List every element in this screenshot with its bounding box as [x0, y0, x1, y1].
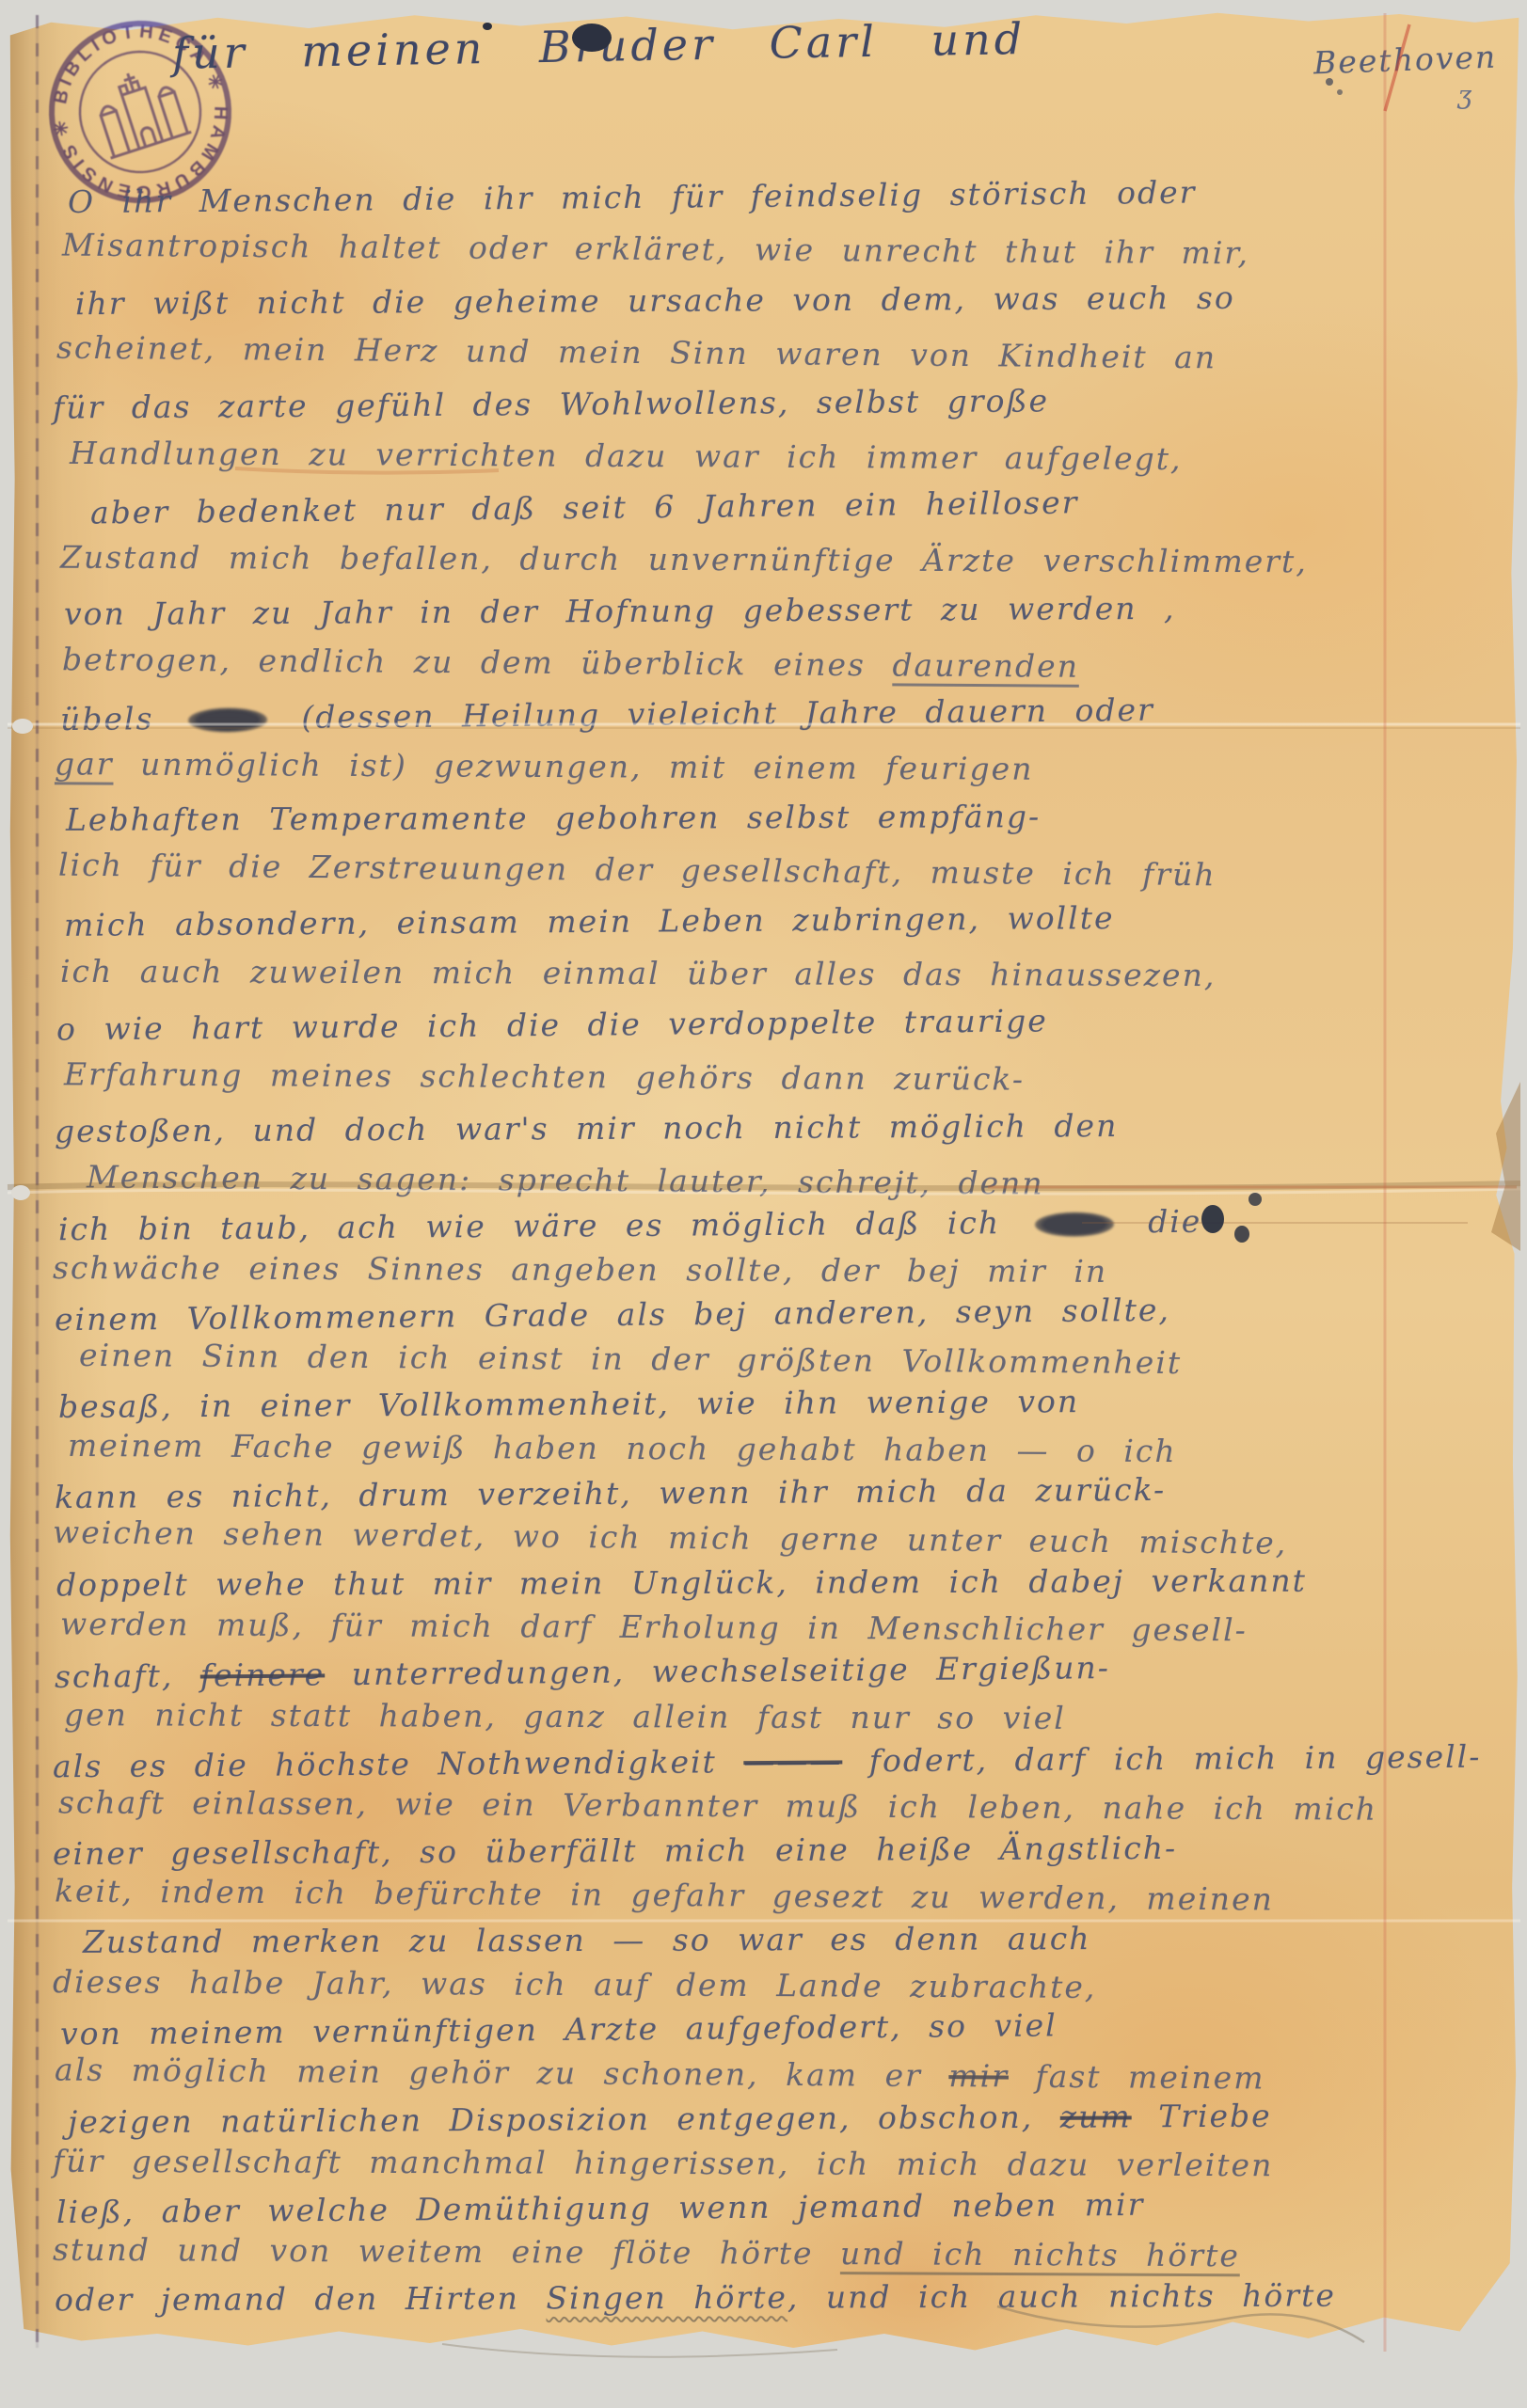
handwritten-text: weichen sehen werdet, wo ich mich gerne … — [53, 1513, 1288, 1560]
manuscript-line: gestoßen, und doch war's mir noch nicht … — [55, 1107, 1119, 1149]
handwritten-text: meinem Fache gewiß haben noch gehabt hab… — [68, 1427, 1177, 1469]
handwritten-text: werden muß, für mich darf Erholung in Me… — [60, 1606, 1248, 1649]
manuscript-line: keit, indem ich befürchte in gefahr gese… — [55, 1872, 1274, 1917]
handwritten-text: besaß, in einer Vollkommenheit, wie ihn … — [58, 1383, 1079, 1425]
handwritten-text: scheinet, mein Herz und mein Sinn waren … — [56, 329, 1217, 376]
manuscript-line: aber bedenket nur daß seit 6 Jahren ein … — [90, 484, 1079, 531]
handwritten-text: zum — [1060, 2098, 1132, 2134]
manuscript-line: werden muß, für mich darf Erholung in Me… — [60, 1606, 1248, 1649]
manuscript-line: stund und von weitem eine flöte hörte un… — [53, 2231, 1240, 2274]
handwritten-text: aber bedenket nur daß seit 6 Jahren ein … — [90, 484, 1079, 531]
handwritten-text: Misantropisch haltet oder erkläret, wie … — [62, 227, 1249, 272]
manuscript-line: Misantropisch haltet oder erkläret, wie … — [62, 227, 1249, 272]
manuscript-line: ließ, aber welche Demüthigung wenn jeman… — [56, 2186, 1145, 2230]
handwritten-text: ließ, aber welche Demüthigung wenn jeman… — [56, 2186, 1145, 2230]
handwritten-text: mir — [948, 2057, 1009, 2094]
handwritten-text: gar — [55, 745, 114, 782]
handwritten-text: Lebhaften Temperamente gebohren selbst e… — [66, 798, 1041, 838]
manuscript-line: gen nicht statt haben, ganz allein fast … — [64, 1696, 1066, 1736]
manuscript-line: von Jahr zu Jahr in der Hofnung gebesser… — [64, 590, 1176, 632]
manuscript-line: Erfahrung meines schlechten gehörs dann … — [64, 1055, 1025, 1097]
handwritten-text: doppelt wehe thut mir mein Unglück, inde… — [56, 1562, 1307, 1604]
handwritten-text: lich für die Zerstreuungen der gesellsch… — [58, 847, 1217, 894]
manuscript-line: betrogen, endlich zu dem überblick eines… — [62, 641, 1079, 685]
handwritten-text: und ich nichts hörte — [840, 2235, 1240, 2273]
manuscript-line: einen Sinn den ich einst in der größten … — [79, 1337, 1182, 1381]
manuscript-line: kann es nicht, drum verzeiht, wenn ihr m… — [55, 1471, 1166, 1515]
manuscript-line: oder jemand den Hirten Singen hörte, und… — [55, 2277, 1336, 2319]
manuscript-line: Handlungen zu verrichten dazu war ich im… — [70, 435, 1183, 477]
handwritten-text: als es die höchste Nothwendigkeit — [53, 1743, 744, 1784]
manuscript-line: lich für die Zerstreuungen der gesellsch… — [58, 847, 1217, 894]
handwritten-text: daurenden — [892, 646, 1079, 684]
manuscript-line: schaft einlassen, wie ein Verbannter muß… — [58, 1783, 1377, 1827]
handwritten-text: ——— — [743, 1742, 842, 1780]
handwritten-text: für gesellschaft manchmal hingerissen, i… — [53, 2143, 1273, 2184]
handwritten-text: (dessen Heilung vieleicht Jahre dauern o… — [275, 691, 1154, 736]
handwritten-text: gestoßen, und doch war's mir noch nicht … — [55, 1107, 1119, 1149]
manuscript-photo: { "page": { "background_color": "#d8d7d2… — [0, 0, 1527, 2408]
handwritten-text: einer gesellschaft, so überfällt mich ei… — [53, 1830, 1177, 1872]
handwritten-text: betrogen, endlich zu dem überblick eines — [62, 641, 893, 683]
handwritten-text: keit, indem ich befürchte in gefahr gese… — [55, 1872, 1274, 1917]
manuscript-line: von meinem vernünftigen Arzte aufgefoder… — [60, 2006, 1058, 2052]
handwritten-text: die — [1121, 1203, 1201, 1241]
manuscript-line: dieses halbe Jahr, was ich auf dem Lande… — [53, 1963, 1097, 2005]
handwritten-text: feinere — [200, 1655, 326, 1693]
handwritten-text: von meinem vernünftigen Arzte aufgefoder… — [60, 2006, 1058, 2052]
handwritten-text: kann es nicht, drum verzeiht, wenn ihr m… — [55, 1471, 1166, 1515]
manuscript-line: ich bin taub, ach wie wäre es möglich da… — [58, 1203, 1202, 1247]
manuscript-line: weichen sehen werdet, wo ich mich gerne … — [53, 1513, 1288, 1560]
handwritten-text: gen nicht statt haben, ganz allein fast … — [64, 1696, 1066, 1736]
manuscript-line: mich absondern, einsam mein Leben zubrin… — [64, 899, 1115, 943]
handwritten-text: O ihr Menschen die ihr mich für feindsel… — [68, 174, 1197, 220]
handwritten-text: unterredungen, wechselseitige Ergießun- — [325, 1649, 1110, 1692]
handwritten-text: für das zarte gefühl des Wohlwollens, se… — [53, 382, 1049, 425]
handwritten-text: Menschen zu sagen: sprecht lauter, schre… — [87, 1158, 1044, 1201]
manuscript-line: Lebhaften Temperamente gebohren selbst e… — [66, 798, 1041, 838]
handwritten-text: stund und von weitem eine flöte hörte — [53, 2231, 840, 2272]
handwritten-text: Triebe — [1132, 2098, 1272, 2135]
handwritten-text: mich absondern, einsam mein Leben zubrin… — [64, 899, 1115, 943]
manuscript-line: Menschen zu sagen: sprecht lauter, schre… — [87, 1158, 1044, 1201]
manuscript-line: ich auch zuweilen mich einmal über alles… — [60, 953, 1216, 993]
manuscript-lines: O ihr Menschen die ihr mich für feindsel… — [0, 0, 1527, 2408]
handwritten-text: unmöglich ist) gezwungen, mit einem feur… — [113, 746, 1033, 787]
handwritten-text: fodert, darf ich mich in gesell- — [842, 1738, 1481, 1780]
manuscript-line: besaß, in einer Vollkommenheit, wie ihn … — [58, 1383, 1079, 1425]
manuscript-line: Zustand mich befallen, durch unvernünfti… — [60, 539, 1308, 580]
manuscript-line: scheinet, mein Herz und mein Sinn waren … — [56, 329, 1217, 376]
manuscript-line: meinem Fache gewiß haben noch gehabt hab… — [68, 1427, 1177, 1469]
manuscript-line: doppelt wehe thut mir mein Unglück, inde… — [56, 1562, 1307, 1604]
handwritten-text: Zustand merken zu lassen — so war es den… — [83, 1920, 1091, 1960]
manuscript-line: schaft, feinere unterredungen, wechselse… — [55, 1649, 1110, 1695]
crossed-out-blot — [1035, 1212, 1114, 1237]
manuscript-line: einer gesellschaft, so überfällt mich ei… — [53, 1830, 1177, 1872]
handwritten-text: Zustand mich befallen, durch unvernünfti… — [60, 539, 1308, 580]
handwritten-text: Erfahrung meines schlechten gehörs dann … — [64, 1055, 1025, 1097]
handwritten-text: jezigen natürlichen Disposizion entgegen… — [68, 2099, 1060, 2141]
handwritten-text: oder jemand den Hirten — [55, 2280, 547, 2319]
handwritten-text: von Jahr zu Jahr in der Hofnung gebesser… — [64, 590, 1176, 632]
handwritten-text: ich auch zuweilen mich einmal über alles… — [60, 953, 1216, 993]
handwritten-text: Handlungen zu verrichten dazu war ich im… — [70, 435, 1183, 477]
manuscript-line: übels (dessen Heilung vieleicht Jahre da… — [60, 691, 1154, 737]
handwritten-text: ihr wißt nicht die geheime ursache von d… — [75, 279, 1235, 322]
handwritten-text: einen Sinn den ich einst in der größten … — [79, 1337, 1182, 1381]
manuscript-line: für das zarte gefühl des Wohlwollens, se… — [53, 382, 1049, 425]
manuscript-line: Zustand merken zu lassen — so war es den… — [83, 1920, 1091, 1960]
manuscript-line: für gesellschaft manchmal hingerissen, i… — [53, 2143, 1273, 2184]
crossed-out-blot — [188, 707, 267, 733]
handwritten-text: dieses halbe Jahr, was ich auf dem Lande… — [53, 1963, 1097, 2005]
manuscript-line: O ihr Menschen die ihr mich für feindsel… — [68, 174, 1197, 220]
handwritten-text: , und ich auch nichts hörte — [787, 2277, 1336, 2316]
handwritten-text: Singen hörte — [546, 2279, 787, 2317]
manuscript-line: o wie hart wurde ich die die verdoppelte… — [56, 1002, 1048, 1047]
handwritten-text: als möglich mein gehör zu schonen, kam e… — [55, 2052, 949, 2095]
handwritten-text: fast meinem — [1009, 2058, 1265, 2097]
handwritten-text: übels — [60, 700, 181, 737]
handwritten-text: schaft einlassen, wie ein Verbannter muß… — [58, 1783, 1377, 1827]
manuscript-line: als es die höchste Nothwendigkeit ——— fo… — [53, 1738, 1482, 1785]
handwritten-text: einem Vollkommenern Grade als bej andere… — [55, 1291, 1170, 1338]
manuscript-line: als möglich mein gehör zu schonen, kam e… — [55, 2052, 1265, 2097]
manuscript-line: einem Vollkommenern Grade als bej andere… — [55, 1291, 1170, 1338]
handwritten-text: schwäche eines Sinnes angeben sollte, de… — [53, 1249, 1107, 1290]
handwritten-text: o wie hart wurde ich die die verdoppelte… — [56, 1002, 1048, 1047]
manuscript-line: jezigen natürlichen Disposizion entgegen… — [68, 2098, 1272, 2141]
handwritten-text: schaft, — [55, 1657, 200, 1695]
manuscript-line: schwäche eines Sinnes angeben sollte, de… — [53, 1249, 1107, 1290]
manuscript-line: gar unmöglich ist) gezwungen, mit einem … — [55, 745, 1034, 786]
handwritten-text: ich bin taub, ach wie wäre es möglich da… — [58, 1204, 1027, 1247]
manuscript-line: ihr wißt nicht die geheime ursache von d… — [75, 279, 1235, 322]
